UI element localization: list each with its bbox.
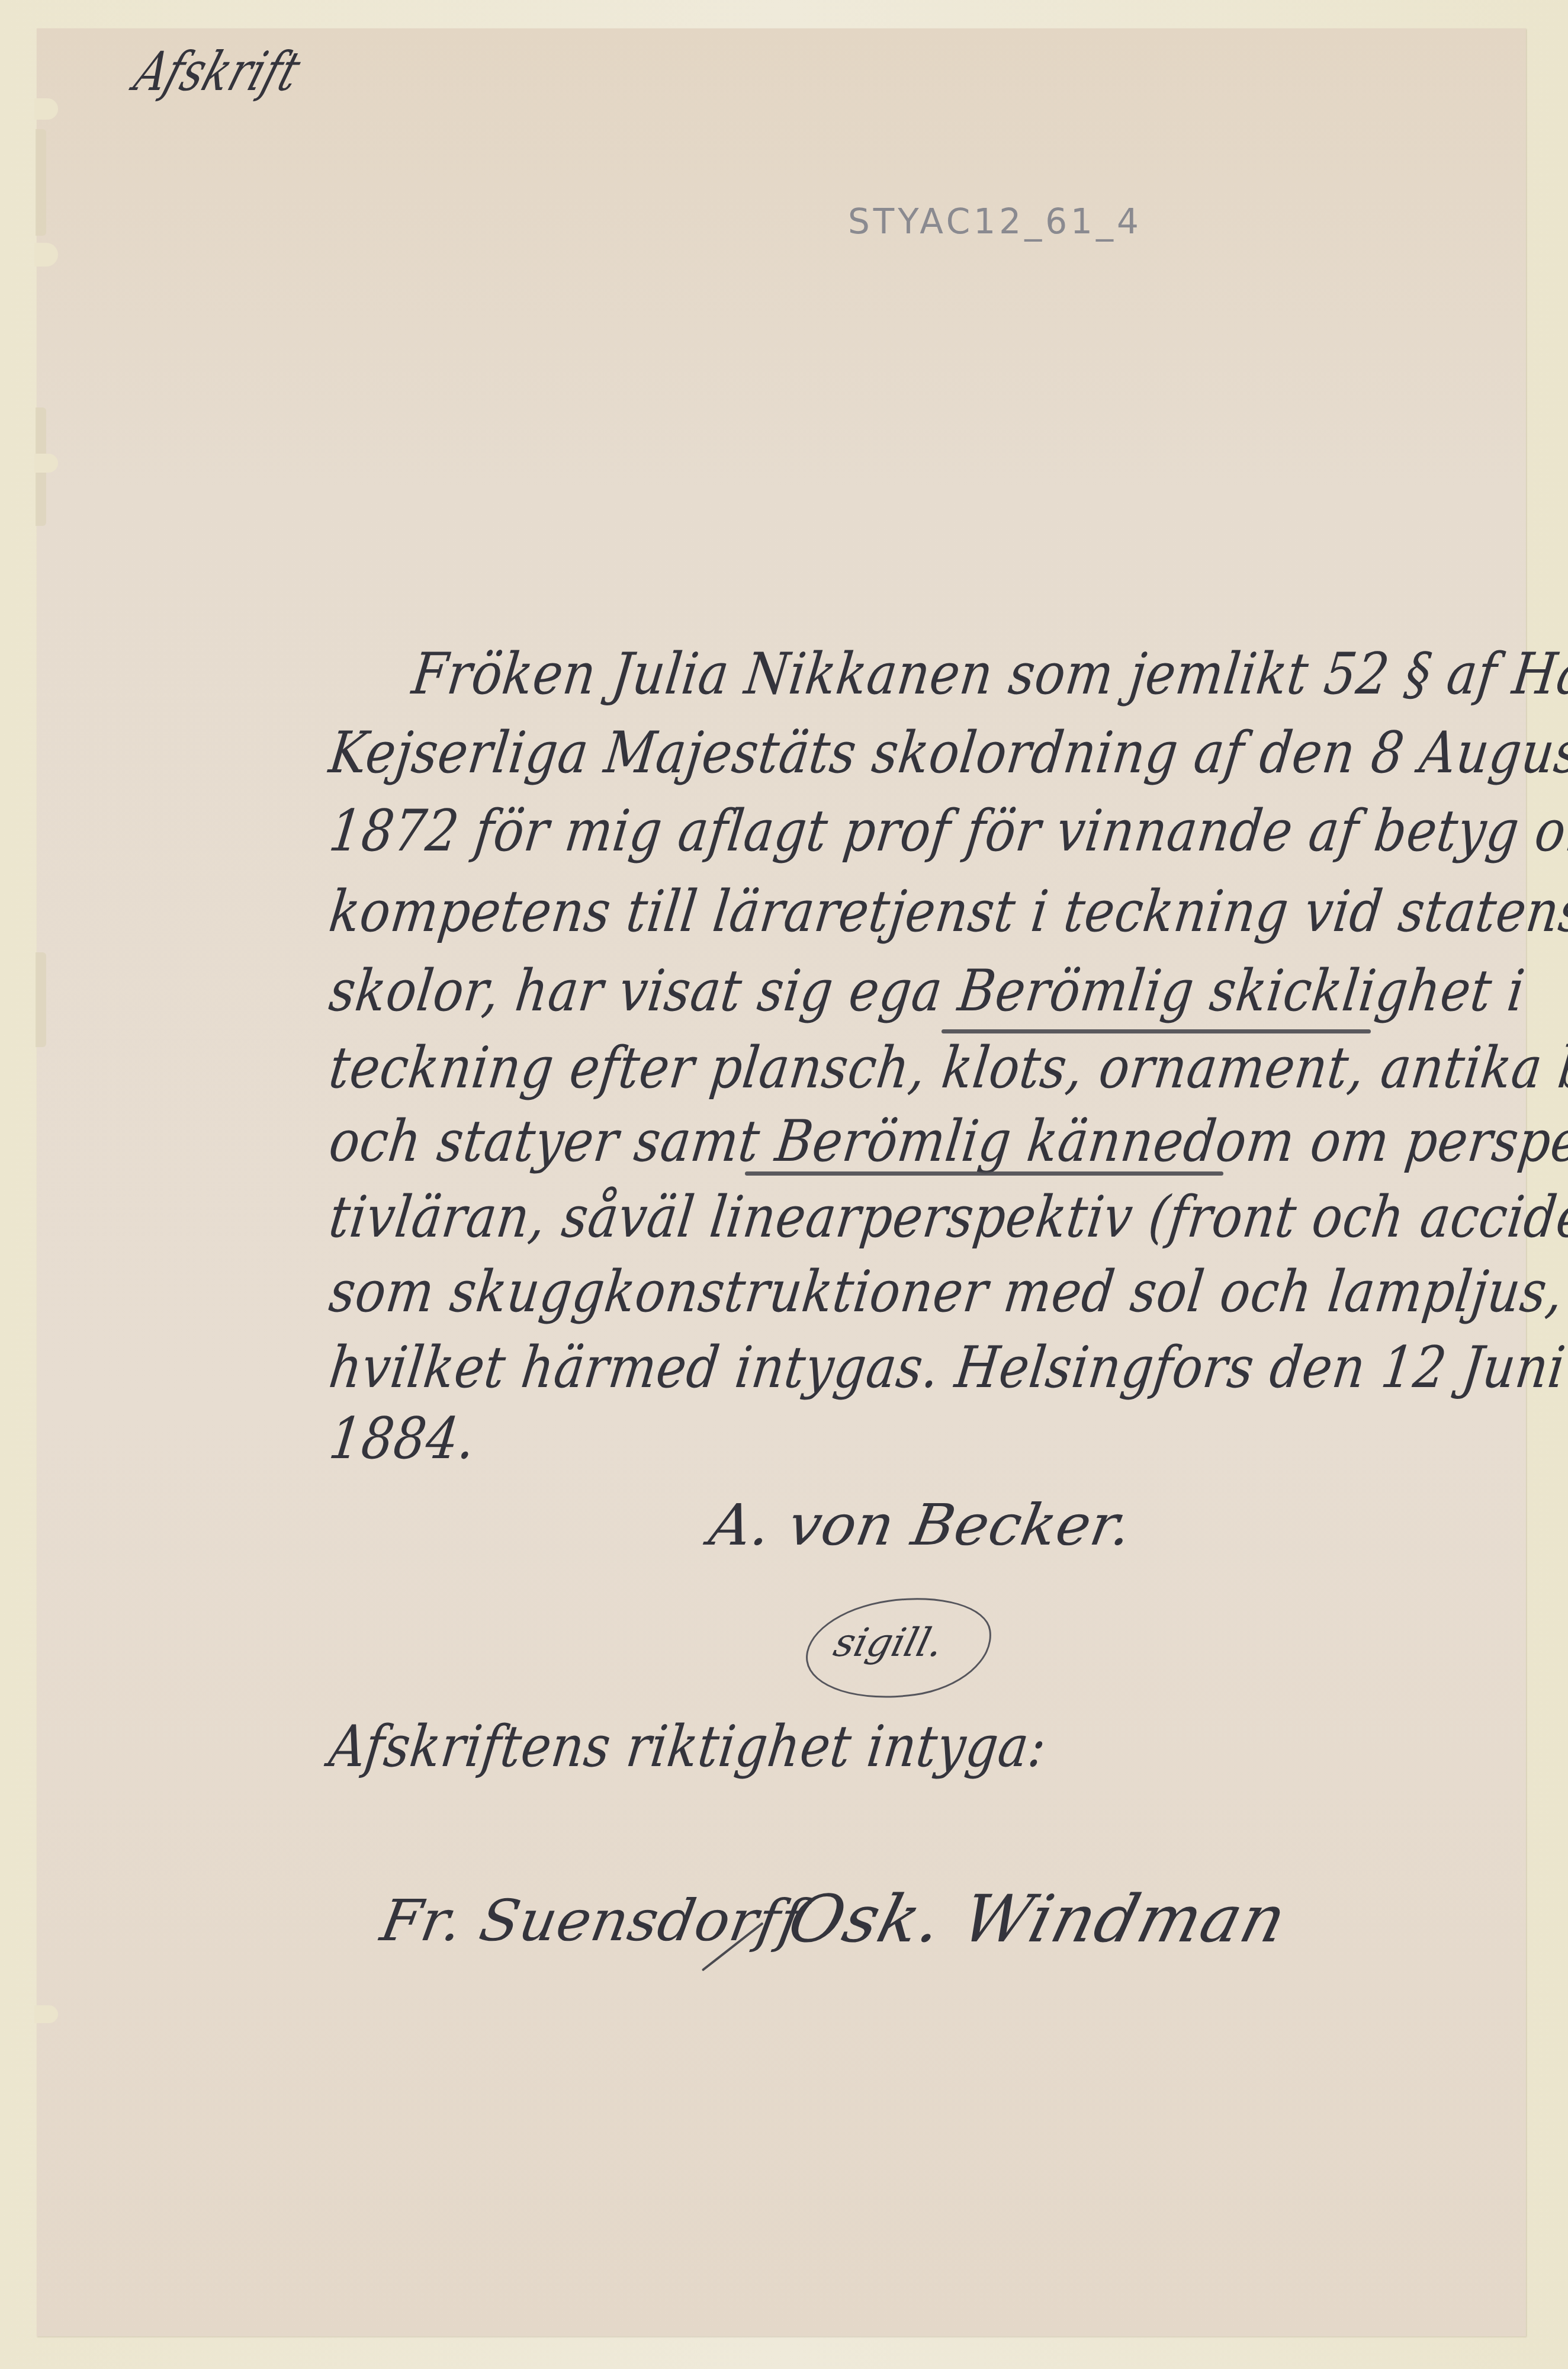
attestation-text: Afskriftens riktighet intyga: [326,1712,1050,1780]
torn-edge-notch [34,2005,58,2023]
body-line-6: teckning efter plansch, klots, ornament,… [326,1033,1568,1102]
body-line-7: och statyer samt Berömlig kännedom om pe… [326,1107,1568,1175]
body-line-5: skolor, har visat sig ega Berömlig skick… [326,956,1529,1025]
torn-edge-notch [34,243,58,267]
signature-von-becker: A. von Becker. [705,1492,1137,1558]
accession-number: STYAC12_61_4 [848,201,1142,242]
torn-edge-notch [34,98,58,120]
body-line-8: tivläran, såväl linearperspektiv (front … [326,1183,1568,1251]
body-line-4: kompetens till läraretjenst i teckning v… [326,877,1568,945]
header-note: Afskrift [127,40,309,103]
attester-signature-1: Fr. Suensdorff [376,1888,807,1953]
seal-text: sigill. [829,1620,948,1665]
body-line-11: 1884. [326,1404,480,1472]
body-line-9: som skuggkonstruktioner med sol och lamp… [326,1257,1567,1325]
torn-edge-notch [34,454,58,473]
underline-beromlig-kannedom [745,1171,1223,1176]
underline-beromlig-skicklighet [942,1029,1371,1033]
body-line-10: hvilket härmed intygas. Helsingfors den … [326,1333,1568,1401]
body-line-1: Fröken Julia Nikkanen som jemlikt 52 § a… [409,640,1568,708]
attester-signature-2: Osk. Windman [782,1883,1294,1954]
torn-edge-fray [36,952,46,1047]
body-line-2: Kejserliga Majestäts skolordning af den … [326,718,1568,787]
body-line-3: 1872 för mig aflagt prof för vinnande af… [326,797,1568,865]
torn-edge-fray [36,129,46,236]
